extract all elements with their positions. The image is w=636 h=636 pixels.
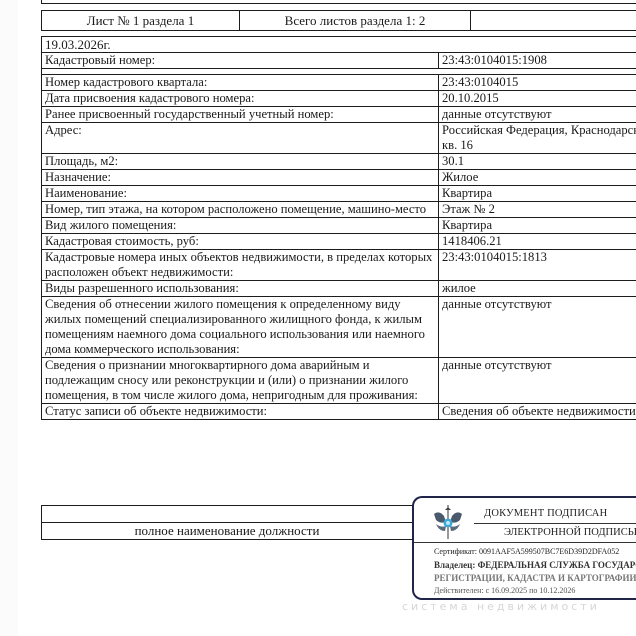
field-value: 23:43:0104015:1908 <box>439 53 636 69</box>
table-row: Кадастровые номера иных объектов недвижи… <box>42 250 636 281</box>
field-value: 23:43:0104015:1813 <box>439 250 636 281</box>
field-label: Статус записи об объекте недвижимости: <box>42 404 439 420</box>
address-line-1: Российская Федерация, Краснодарский <box>442 123 636 138</box>
field-label: Кадастровый номер: <box>42 53 439 69</box>
field-label: Сведения об отнесении жилого помещения к… <box>42 297 439 358</box>
stamp-title-line1: ДОКУМЕНТ ПОДПИСАН <box>484 508 607 519</box>
table-row: Вид жилого помещения: Квартира <box>42 218 636 234</box>
table-row: Виды разрешенного использования: жилое <box>42 281 636 297</box>
field-value: жилое <box>439 281 636 297</box>
table-row: Номер кадастрового квартала: 23:43:01040… <box>42 75 636 91</box>
field-label: Номер кадастрового квартала: <box>42 75 439 91</box>
field-value: данные отсутствуют <box>439 107 636 123</box>
stamp-divider <box>474 523 636 524</box>
stamp-certificate: Сертификат: 0091AAF5A599507BC7E6D39D2DFA… <box>434 547 619 556</box>
double-headed-eagle-icon <box>430 504 466 540</box>
property-details-table: Кадастровый номер: 23:43:0104015:1908 Но… <box>41 52 636 420</box>
table-row: Сведения о признании многоквартирного до… <box>42 358 636 404</box>
header-extra-cell <box>471 11 636 30</box>
table-row: Кадастровый номер: 23:43:0104015:1908 <box>42 53 636 69</box>
table-row: Площадь, м2: 30.1 <box>42 154 636 170</box>
field-value: Квартира <box>439 186 636 202</box>
address-line-2: кв. 16 <box>442 138 636 153</box>
field-label: Площадь, м2: <box>42 154 439 170</box>
field-label: Вид жилого помещения: <box>42 218 439 234</box>
field-label: Адрес: <box>42 123 439 154</box>
field-value: 23:43:0104015 <box>439 75 636 91</box>
field-label: Назначение: <box>42 170 439 186</box>
field-label: Сведения о признании многоквартирного до… <box>42 358 439 404</box>
table-row: Ранее присвоенный государственный учетны… <box>42 107 636 123</box>
field-value: Сведения об объекте недвижимости <box>439 404 636 420</box>
extract-date: 19.03.2026г. <box>41 36 636 53</box>
table-row: Кадастровая стоимость, руб: 1418406.21 <box>42 234 636 250</box>
field-value: 1418406.21 <box>439 234 636 250</box>
stamp-validity: Действителен: с 16.09.2025 по 10.12.2026 <box>434 586 575 595</box>
field-label: Наименование: <box>42 186 439 202</box>
position-blank <box>42 506 413 523</box>
stamp-title-line2: ЭЛЕКТРОННОЙ ПОДПИСЬЮ <box>504 527 636 538</box>
sheet-header: Лист № 1 раздела 1 Всего листов раздела … <box>41 10 636 31</box>
field-value: данные отсутствуют <box>439 358 636 404</box>
field-value: Этаж № 2 <box>439 202 636 218</box>
stamp-divider <box>414 542 636 543</box>
field-value: Квартира <box>439 218 636 234</box>
field-value: Российская Федерация, Краснодарский кв. … <box>439 123 636 154</box>
field-value: 20.10.2015 <box>439 91 636 107</box>
field-value: 30.1 <box>439 154 636 170</box>
stamp-owner-line1: Владелец: ФЕДЕРАЛЬНАЯ СЛУЖБА ГОСУДАРСТВ <box>434 560 636 570</box>
electronic-signature-stamp: ДОКУМЕНТ ПОДПИСАН ЭЛЕКТРОННОЙ ПОДПИСЬЮ С… <box>412 496 636 600</box>
stamp-owner-line2: РЕГИСТРАЦИИ, КАДАСТРА И КАРТОГРАФИИ <box>434 573 636 583</box>
field-value: данные отсутствуют <box>439 297 636 358</box>
field-label: Номер, тип этажа, на котором расположено… <box>42 202 439 218</box>
table-row: Адрес: Российская Федерация, Краснодарск… <box>42 123 636 154</box>
table-row: Назначение: Жилое <box>42 170 636 186</box>
table-row: Наименование: Квартира <box>42 186 636 202</box>
table-row: Номер, тип этажа, на котором расположено… <box>42 202 636 218</box>
sheet-number: Лист № 1 раздела 1 <box>42 11 240 30</box>
previous-section-strip <box>41 0 636 4</box>
field-label: Кадастровые номера иных объектов недвижи… <box>42 250 439 281</box>
table-row: Статус записи об объекте недвижимости: С… <box>42 404 636 420</box>
field-label: Кадастровая стоимость, руб: <box>42 234 439 250</box>
field-label: Ранее присвоенный государственный учетны… <box>42 107 439 123</box>
total-sheets: Всего листов раздела 1: 2 <box>240 11 471 30</box>
field-label: Дата присвоения кадастрового номера: <box>42 91 439 107</box>
table-row: Сведения об отнесении жилого помещения к… <box>42 297 636 358</box>
watermark-text: система недвижимости <box>402 600 600 613</box>
field-value: Жилое <box>439 170 636 186</box>
position-caption: полное наименование должности <box>42 523 413 540</box>
field-label: Виды разрешенного использования: <box>42 281 439 297</box>
table-row: Дата присвоения кадастрового номера: 20.… <box>42 91 636 107</box>
